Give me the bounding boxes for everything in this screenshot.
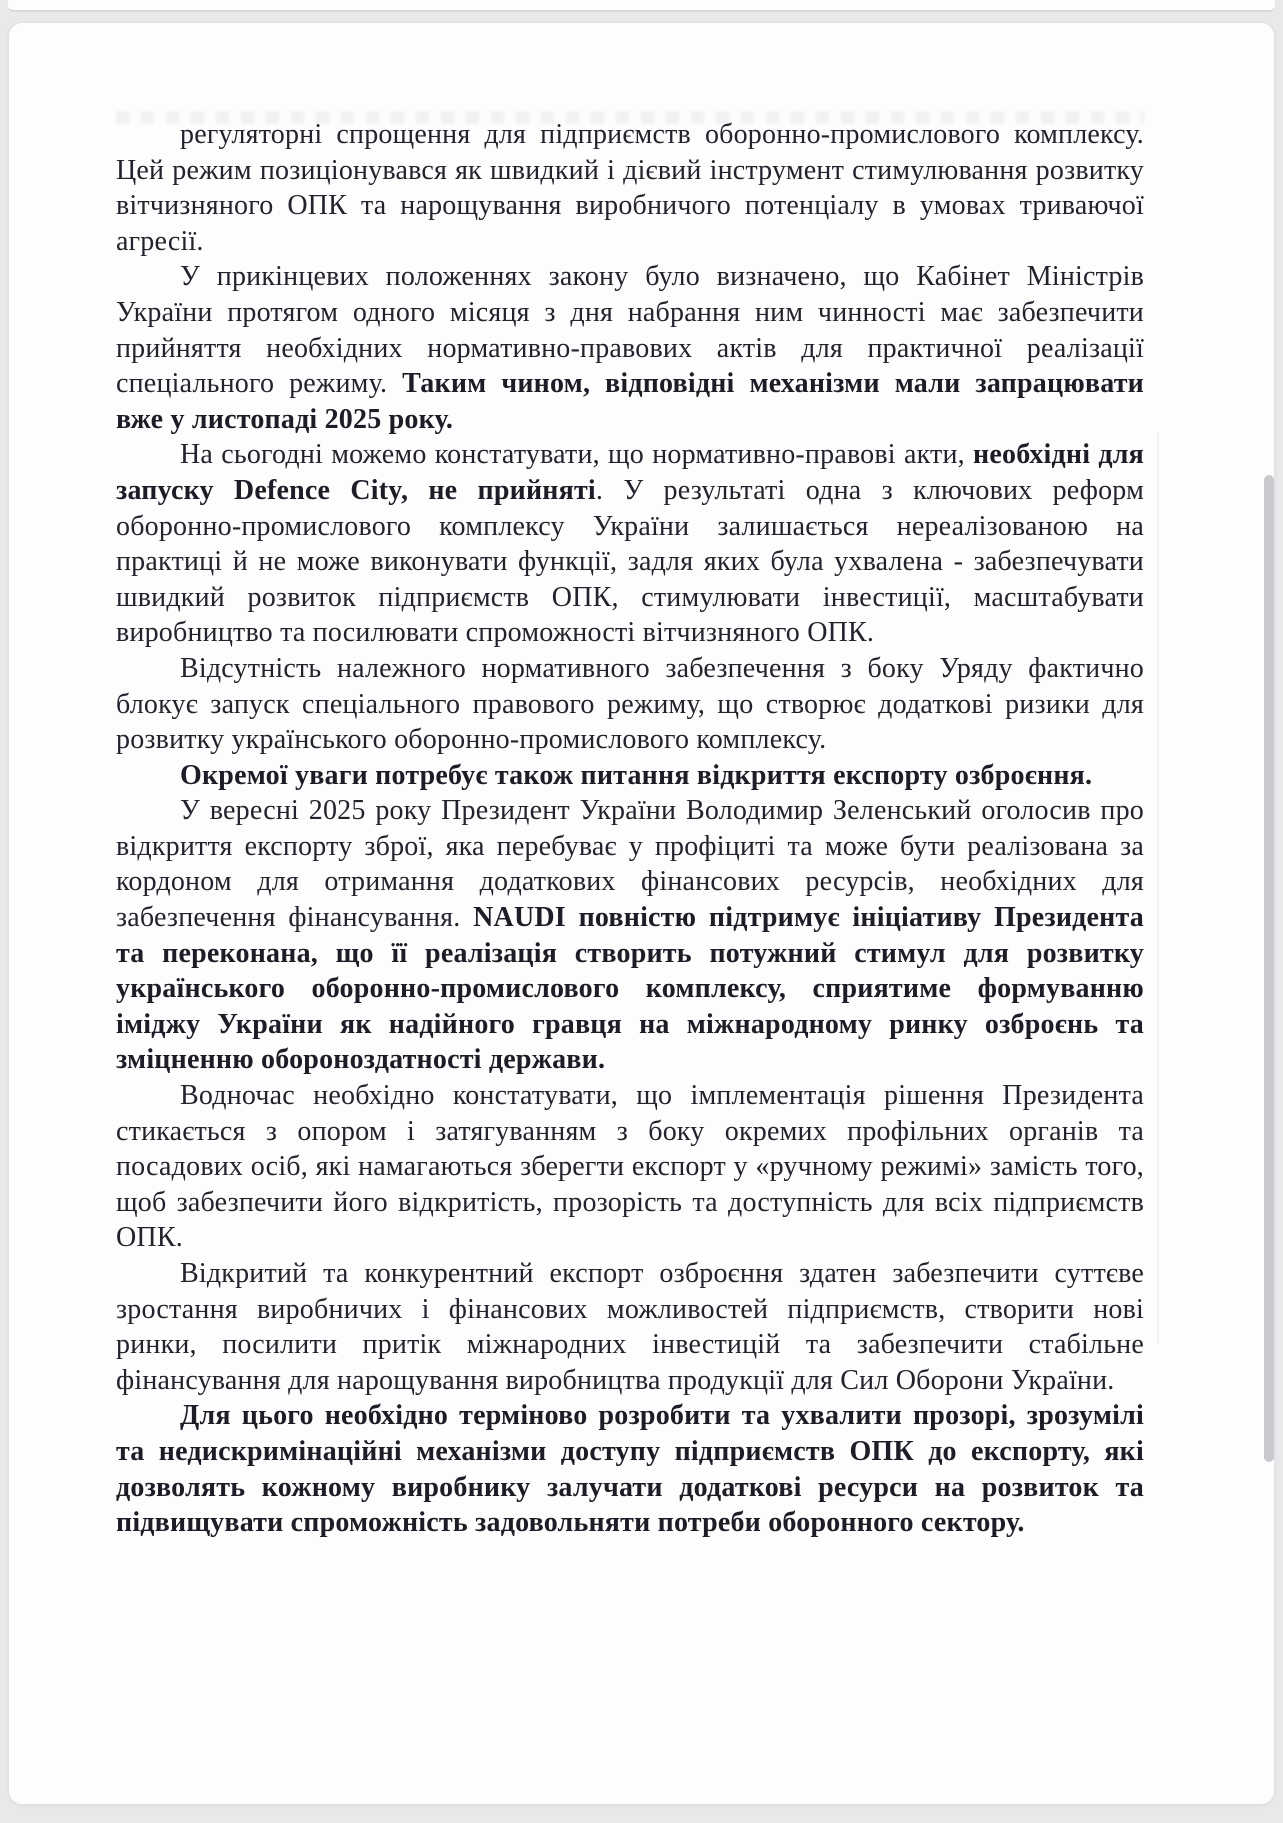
text-segment: На сьогодні можемо констатувати, що норм…: [180, 439, 973, 470]
paragraph: У вересні 2025 року Президент України Во…: [116, 793, 1144, 1078]
viewer-background: { "page": { "background_color": "#e9e9eb…: [0, 0, 1283, 1823]
paragraph: У прикінцевих положеннях закону було виз…: [116, 259, 1144, 437]
text-segment: Відсутність належного нормативного забез…: [116, 653, 1144, 755]
bold-text-segment: Для цього необхідно терміново розробити …: [116, 1400, 1144, 1538]
paragraph: Водночас необхідно констатувати, що імпл…: [116, 1078, 1144, 1256]
paper-edge-line: [1157, 433, 1159, 1343]
paragraph: Для цього необхідно терміново розробити …: [116, 1398, 1144, 1540]
scrollbar-thumb[interactable]: [1264, 475, 1274, 1462]
text-segment: регуляторні спрощення для підприємств об…: [116, 119, 1144, 257]
bold-text-segment: Окремої уваги потребує також питання від…: [180, 760, 1092, 791]
paragraph: Відкритий та конкурентний експорт озброє…: [116, 1256, 1144, 1398]
text-segment: Відкритий та конкурентний експорт озброє…: [116, 1258, 1144, 1396]
text-segment: Водночас необхідно констатувати, що імпл…: [116, 1080, 1144, 1253]
paragraph: На сьогодні можемо констатувати, що норм…: [116, 437, 1144, 651]
document-text: регуляторні спрощення для підприємств об…: [116, 117, 1144, 1541]
previous-page-edge: [8, 0, 1275, 12]
paragraph: регуляторні спрощення для підприємств об…: [116, 117, 1144, 259]
paragraph: Відсутність належного нормативного забез…: [116, 651, 1144, 758]
paragraph: Окремої уваги потребує також питання від…: [116, 758, 1144, 794]
document-page-card: регуляторні спрощення для підприємств об…: [8, 22, 1275, 1805]
